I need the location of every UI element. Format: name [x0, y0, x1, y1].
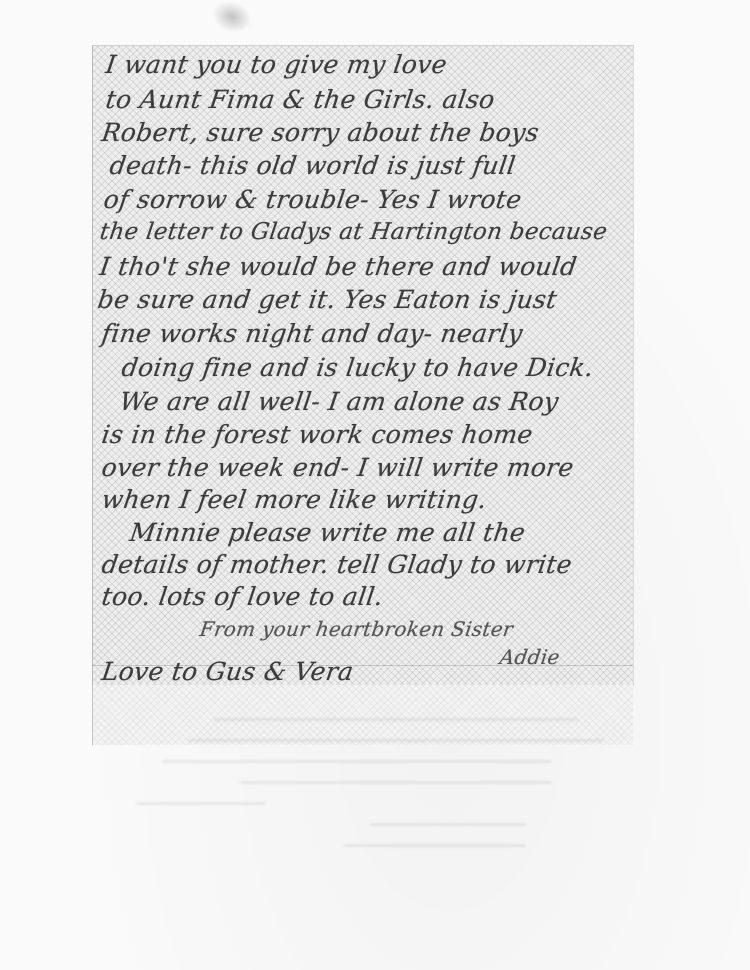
letter-line: doing fine and is lucky to have Dick.	[120, 353, 595, 382]
letter-line: over the week end- I will write more	[100, 453, 576, 482]
letter-line: when I feel more like writing.	[100, 485, 489, 514]
letter-line: I tho't she would be there and would	[98, 252, 579, 281]
letter-line: is in the forest work comes home	[100, 420, 535, 449]
letter-line: be sure and get it. Yes Eaton is just	[96, 285, 559, 314]
letter-line: fine works night and day- nearly	[100, 319, 525, 348]
letter-signature: Addie	[498, 645, 561, 669]
letter-line: I want you to give my love	[104, 50, 449, 79]
letter-closing: From your heartbroken Sister	[198, 617, 514, 641]
letter-line: details of mother. tell Glady to write	[100, 550, 574, 579]
bleed-through-text	[110, 700, 630, 930]
letter-line: Minnie please write me all the	[128, 518, 527, 547]
letter-line: too. lots of love to all.	[100, 582, 385, 611]
letter-line: death- this old world is just full	[108, 151, 518, 180]
letter-line: We are all well- I am alone as Roy	[118, 387, 561, 416]
letter-line: Robert, sure sorry about the boys	[100, 118, 541, 147]
letter-line: the letter to Gladys at Hartington becau…	[98, 219, 609, 245]
letter-line: to Aunt Fima & the Girls. also	[104, 85, 497, 114]
letter-postscript: Love to Gus & Vera	[100, 657, 355, 686]
letter-line: of sorrow & trouble- Yes I wrote	[102, 185, 524, 214]
